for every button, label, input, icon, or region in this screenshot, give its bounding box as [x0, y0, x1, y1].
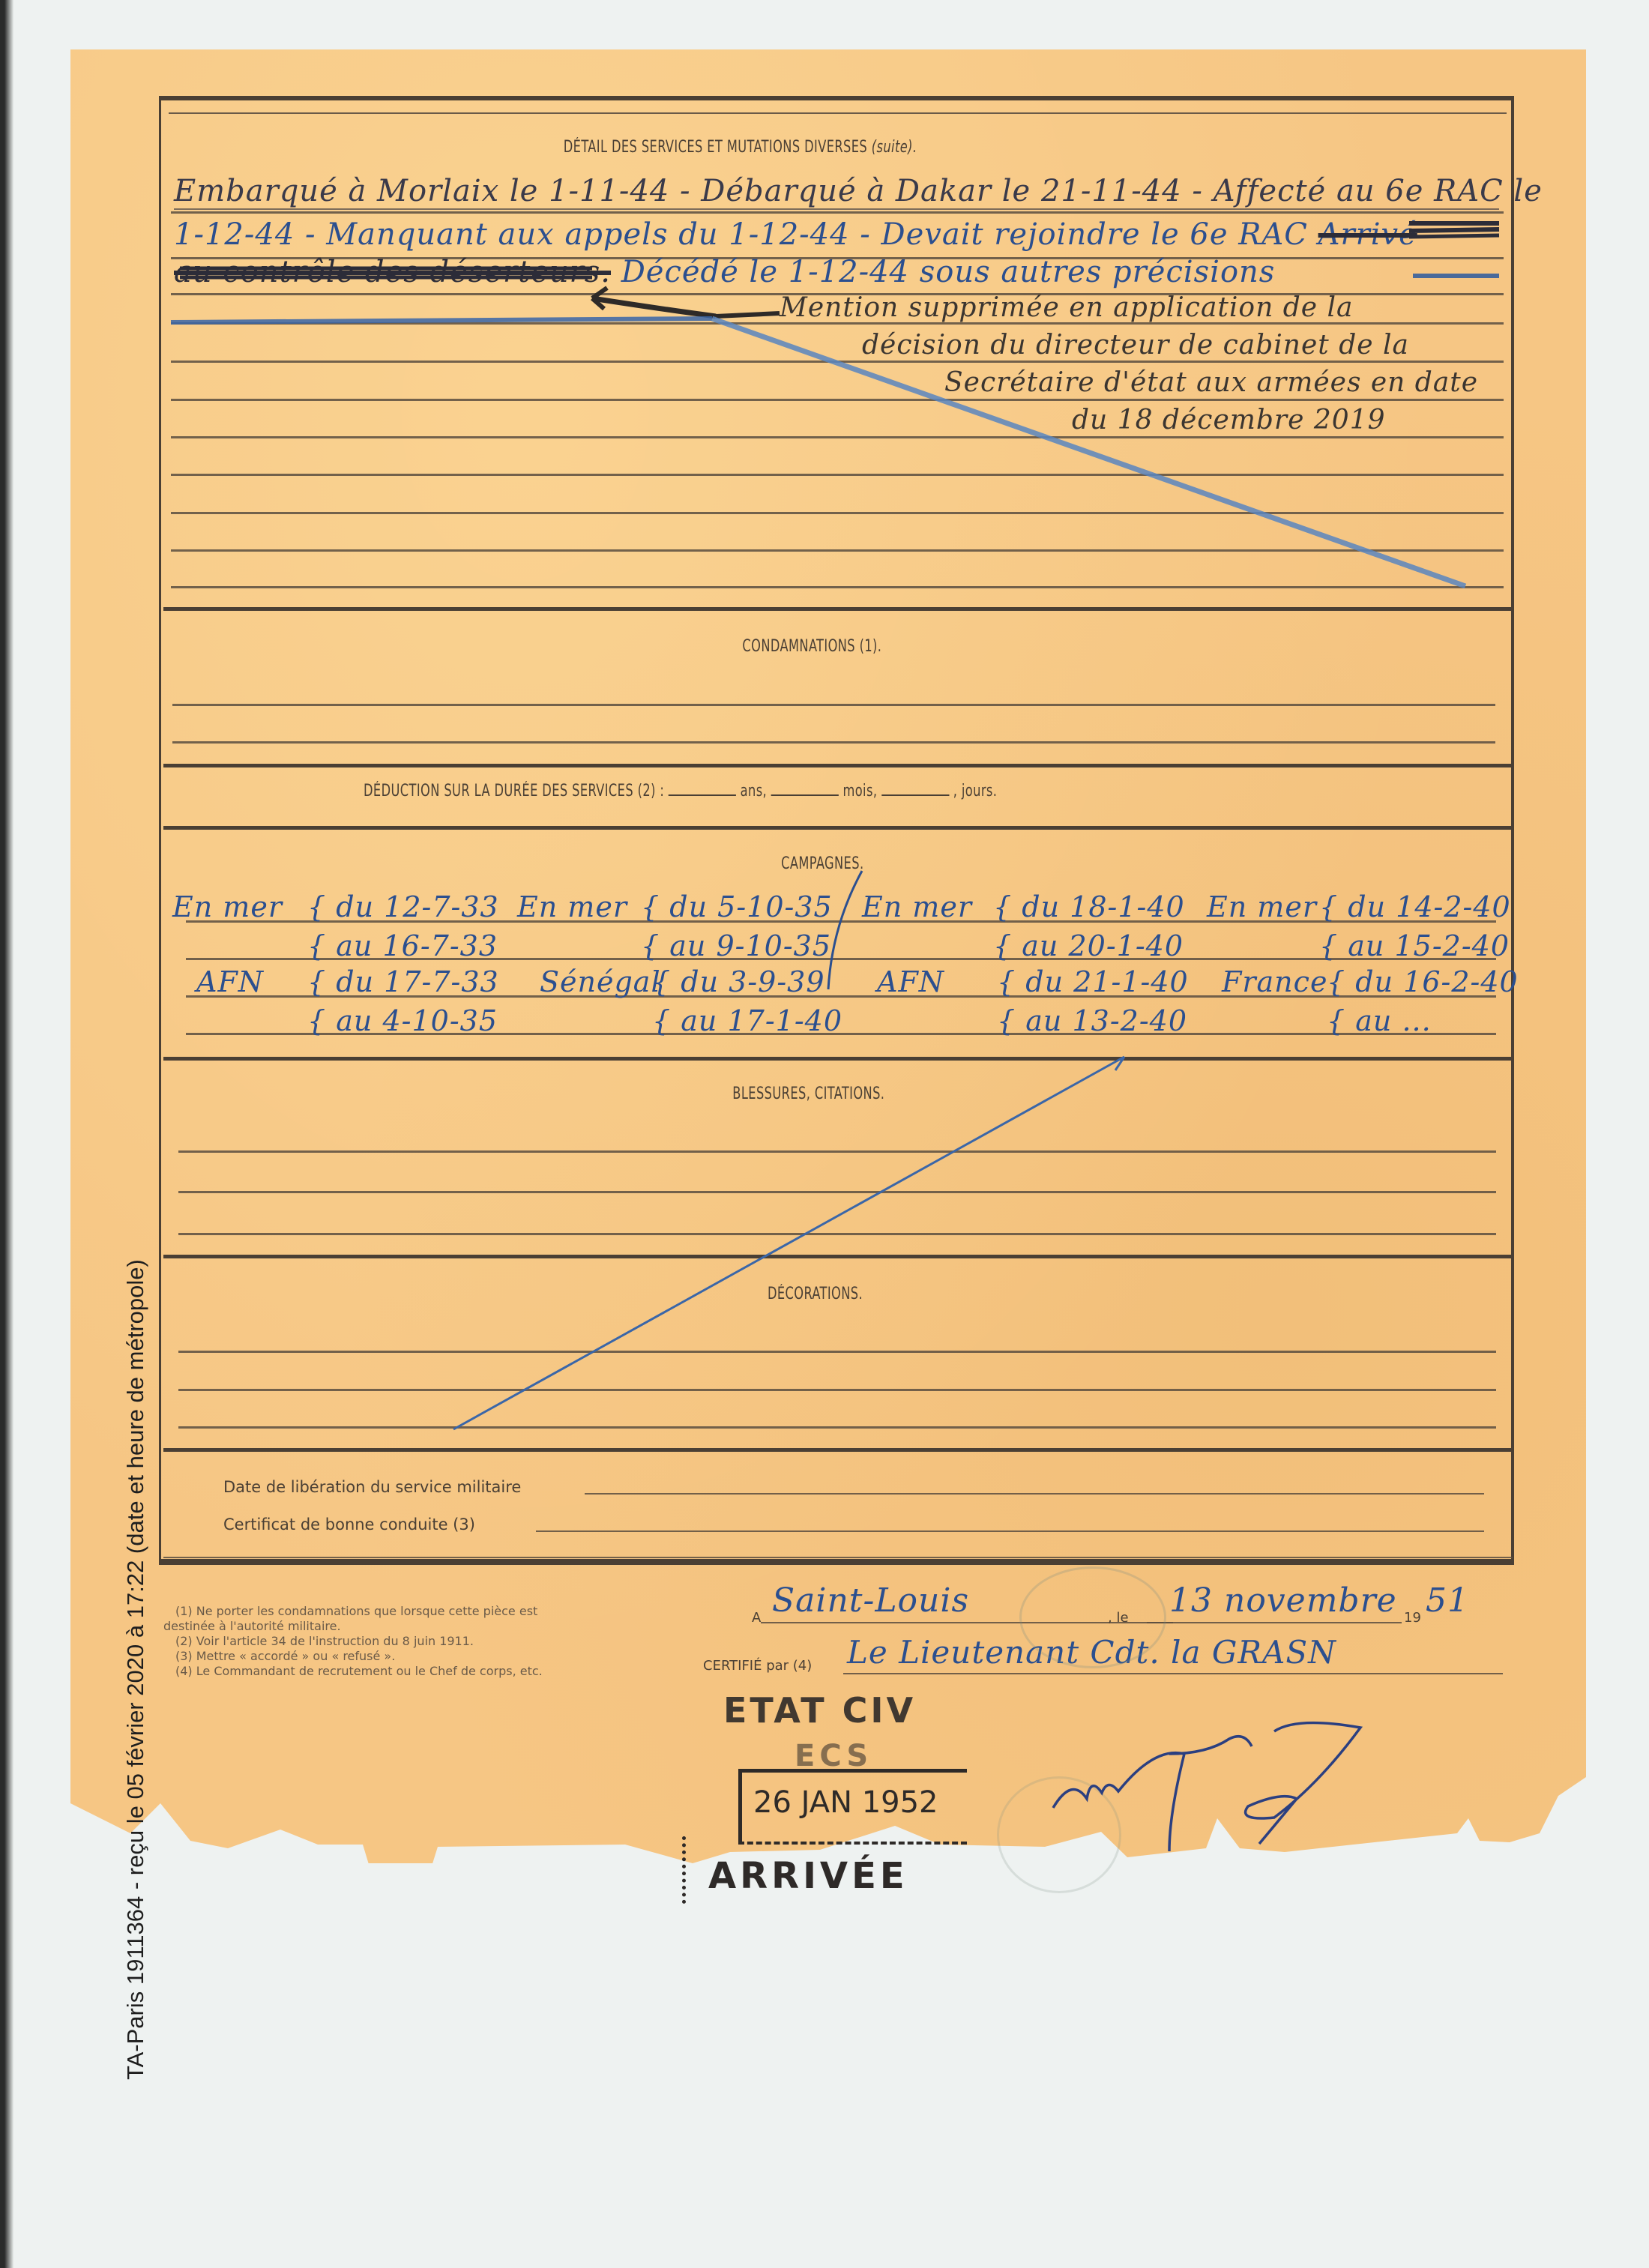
- campaign-to: { au 9-10-35: [641, 929, 831, 962]
- faint-seal-stamp-top: [1019, 1566, 1166, 1668]
- section-divider-6: [163, 1448, 1513, 1452]
- decorations-line-3: [178, 1426, 1496, 1429]
- campaign-place: AFN: [196, 965, 264, 998]
- services-entry-1: Embarqué à Morlaix le 1-11-44 - Débarqué…: [174, 174, 1543, 208]
- scanner-edge: [0, 0, 13, 2268]
- certifie-label: CERTIFIÉ par (4): [703, 1658, 812, 1674]
- decorations-line-1: [178, 1351, 1496, 1353]
- blessures-line-1: [178, 1150, 1496, 1153]
- campaign-place: Sénégal: [540, 965, 661, 998]
- frame-bottom-inner-line: [163, 1557, 1513, 1558]
- stamp-left-edge: [682, 1836, 692, 1904]
- campaign-place: En mer: [172, 890, 283, 923]
- condamnations-heading: CONDAMNATIONS (1).: [742, 637, 881, 656]
- certifie-line: [843, 1673, 1503, 1674]
- section-divider-4: [163, 1057, 1513, 1061]
- footnotes: (1) Ne porter les condamnations que lors…: [163, 1604, 543, 1679]
- frame-inner-line: [169, 112, 1507, 114]
- services-line-1: [171, 211, 1504, 214]
- liberation-label: Date de libération du service militaire: [223, 1478, 521, 1496]
- services-line-9: [171, 512, 1504, 514]
- date-line: [1147, 1622, 1402, 1623]
- deletion-note-1: Mention supprimée en application de la: [780, 292, 1354, 323]
- campagnes-heading: CAMPAGNES.: [781, 854, 863, 873]
- footnote-3: (3) Mettre « accordé » ou « refusé ».: [163, 1649, 543, 1664]
- stamp-line-1: ETAT CIV: [723, 1690, 916, 1731]
- deletion-note-2: décision du directeur de cabinet de la: [862, 330, 1409, 361]
- campaign-to: { au 16-7-33: [307, 929, 498, 962]
- services-line-10: [171, 549, 1504, 552]
- faint-seal-stamp-bottom: [997, 1776, 1121, 1893]
- services-line-5: [171, 361, 1504, 363]
- campaign-from: { du 18-1-40: [993, 890, 1185, 923]
- deletion-note-4: du 18 décembre 2019: [1072, 405, 1386, 435]
- campaign-from: { du 12-7-33: [307, 890, 499, 923]
- services-entry-2: 1-12-44 - Manquant aux appels du 1-12-44…: [174, 217, 1417, 252]
- year-value: 51: [1426, 1581, 1469, 1620]
- blessures-heading: BLESSURES, CITATIONS.: [732, 1085, 884, 1103]
- certificat-line: [536, 1530, 1484, 1532]
- decorations-line-2: [178, 1389, 1496, 1391]
- campaign-from: { du 17-7-33: [307, 965, 499, 998]
- section-divider-5: [163, 1255, 1513, 1258]
- year-prefix: 19: [1404, 1610, 1421, 1626]
- campaign-to: { au 4-10-35: [307, 1004, 498, 1037]
- place-value: Saint-Louis: [772, 1581, 969, 1620]
- side-receipt-stamp: TA-Paris 1911364 - reçu le 05 février 20…: [122, 1259, 149, 2080]
- blessures-line-2: [178, 1191, 1496, 1193]
- stamp-status: ARRIVÉE: [708, 1855, 908, 1897]
- campaign-to: { au ...: [1327, 1004, 1432, 1037]
- campaign-from: { du 16-2-40: [1327, 965, 1519, 998]
- decorations-heading: DÉCORATIONS.: [768, 1285, 863, 1303]
- campaign-place: En mer: [517, 890, 627, 923]
- campaign-to: { au 15-2-40: [1319, 929, 1510, 962]
- campaign-to: { au 20-1-40: [993, 929, 1184, 962]
- liberation-line: [585, 1493, 1484, 1495]
- campaign-place: France: [1222, 965, 1327, 998]
- services-line-7: [171, 436, 1504, 438]
- services-heading: DÉTAIL DES SERVICES ET MUTATIONS DIVERSE…: [564, 138, 917, 157]
- footnote-1: (1) Ne porter les condamnations que lors…: [163, 1604, 543, 1619]
- footnote-1-cont: destinée à l'autorité militaire.: [163, 1619, 543, 1634]
- campaign-to: { au 13-2-40: [997, 1004, 1187, 1037]
- section-divider-2: [163, 764, 1513, 767]
- services-line-11: [171, 586, 1504, 588]
- deduction-row: DÉDUCTION SUR LA DURÉE DES SERVICES (2) …: [364, 782, 997, 800]
- condamnations-line-1: [172, 704, 1495, 706]
- campaign-to: { au 17-1-40: [652, 1004, 842, 1037]
- campaign-from: { du 5-10-35: [641, 890, 833, 923]
- deletion-note-3: Secrétaire d'état aux armées en date: [944, 367, 1478, 398]
- blessures-line-3: [178, 1233, 1496, 1235]
- campaign-place: En mer: [862, 890, 972, 923]
- section-divider-1: [163, 607, 1513, 611]
- campaign-place: En mer: [1207, 890, 1317, 923]
- services-line-6: [171, 399, 1504, 401]
- footnote-2: (2) Voir l'article 34 de l'instruction d…: [163, 1634, 543, 1649]
- services-line-8: [171, 474, 1504, 476]
- campaign-from: { du 21-1-40: [997, 965, 1189, 998]
- condamnations-line-2: [172, 741, 1495, 744]
- date-value: 13 novembre: [1169, 1581, 1397, 1620]
- certificat-label: Certificat de bonne conduite (3): [223, 1515, 475, 1533]
- a-prefix: A: [752, 1610, 761, 1626]
- section-divider-3: [163, 826, 1513, 830]
- campaign-from: { du 14-2-40: [1319, 890, 1511, 923]
- stamp-date: 26 JAN 1952: [753, 1785, 938, 1820]
- campaign-place: AFN: [877, 965, 944, 998]
- services-entry-3: au contrôle des déserteurs. Décédé le 1-…: [174, 255, 1275, 289]
- footnote-4: (4) Le Commandant de recrutement ou le C…: [163, 1664, 543, 1679]
- campaign-from: { du 3-9-39: [652, 965, 825, 998]
